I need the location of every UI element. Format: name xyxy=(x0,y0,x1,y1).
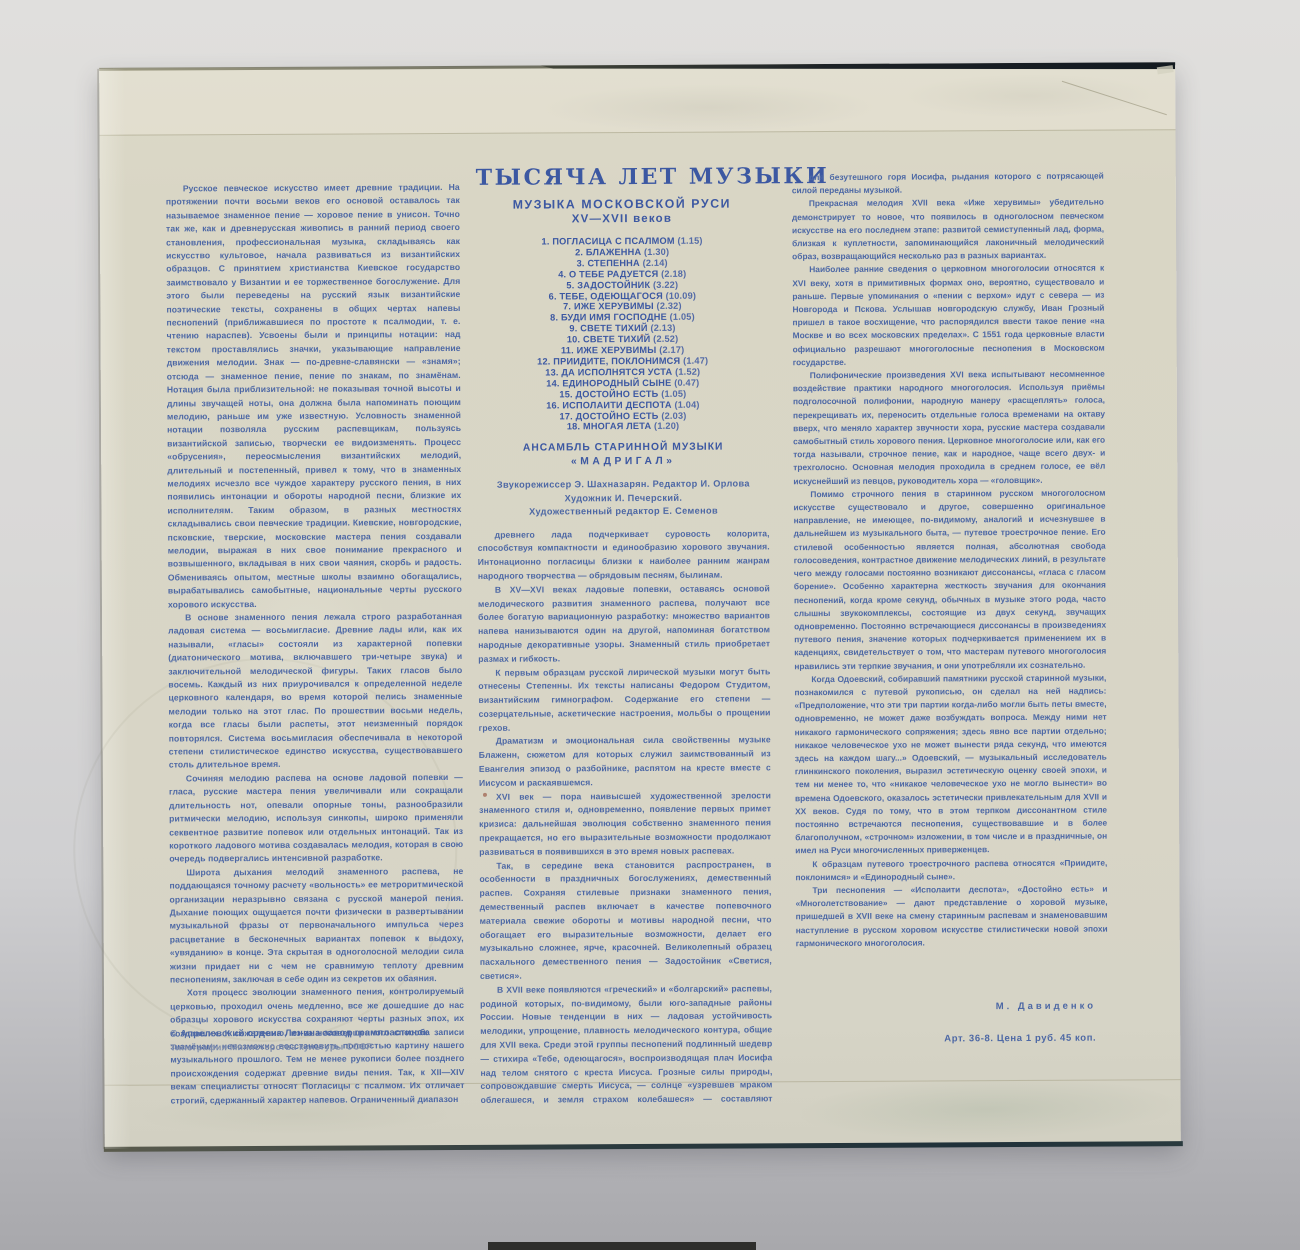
paragraph: древнего лада подчеркивает суровость кол… xyxy=(478,527,770,584)
track-number: 7. xyxy=(563,302,574,312)
catalog-number-price: Арт. 36-8. Цена 1 руб. 45 коп. xyxy=(796,1033,1096,1046)
track-number: 18. xyxy=(567,422,583,432)
track-duration: (1.05) xyxy=(661,388,686,398)
paragraph: Драматизм и эмоциональная сила свойствен… xyxy=(479,734,771,791)
track-number: 10. xyxy=(567,334,583,344)
credit-line: Художественный редактор Е. Семенов xyxy=(477,504,769,519)
track-number: 2. xyxy=(575,247,586,257)
track-title: ДОСТОЙНО ЕСТЬ xyxy=(575,389,661,399)
track-duration: (10.09) xyxy=(666,290,697,300)
ensemble-name-line2: «МАДРИГАЛ» xyxy=(477,456,769,469)
paragraph: Русское певческое искусство имеет древни… xyxy=(166,181,462,612)
track-duration: (1.04) xyxy=(674,399,699,409)
track-number: 6. xyxy=(549,291,560,301)
center-column: ТЫСЯЧА ЛЕТ МУЗЫКИ МУЗЫКА МОСКОВСКОЙ РУСИ… xyxy=(476,163,773,1106)
credit-line: Звукорежиссер Э. Шахназарян. Редактор И.… xyxy=(477,478,769,493)
track-number: 14. xyxy=(546,378,562,388)
liner-notes-author: М. Давиденко xyxy=(796,1001,1096,1014)
paragraph: В основе знаменного пения лежала строго … xyxy=(168,610,463,772)
track-title: СТЕПЕННА xyxy=(587,258,642,268)
sleeve-top-flap xyxy=(99,63,1175,136)
paragraph: Помимо строчного пения в старинном русск… xyxy=(793,486,1106,672)
track-duration: (1.05) xyxy=(670,312,695,322)
track-title: СВЕТЕ ТИХИЙ xyxy=(580,323,650,333)
paragraph: К первым образцам русской лирической муз… xyxy=(478,665,770,736)
right-text-column: для безутешного горя Иосифа, рыдания кот… xyxy=(792,170,1108,1004)
track-title: ИСПОЛАИТИ ДЕСПОТА xyxy=(562,399,674,410)
track-number: 16. xyxy=(546,400,562,410)
paragraph: Так, в середине века становится распрост… xyxy=(479,858,772,984)
track-number: 15. xyxy=(559,389,575,399)
credits-block: Звукорежиссер Э. Шахназарян. Редактор И.… xyxy=(477,478,769,520)
track-item: 18. МНОГАЯ ЛЕТА (1.20) xyxy=(477,421,769,433)
track-duration: (2.13) xyxy=(650,323,675,333)
track-title: СВЕТЕ ТИХИЙ xyxy=(583,334,653,344)
track-list: 1. ПОГЛАСИЦА С ПСАЛМОМ (1.15)2. БЛАЖЕННА… xyxy=(476,235,769,433)
paragraph: В XV—XVI веках ладовые попевки, оставаяс… xyxy=(478,582,770,666)
paragraph: Прекрасная мелодия XVII века «Иже херуви… xyxy=(792,196,1104,264)
track-duration: (2.03) xyxy=(661,410,686,420)
track-duration: (2.32) xyxy=(657,301,682,311)
track-number: 17. xyxy=(559,411,575,421)
track-number: 8. xyxy=(550,313,561,323)
paragraph: Широта дыхания мелодий знаменного распев… xyxy=(169,865,464,987)
track-duration: (0.47) xyxy=(674,377,699,387)
paragraph: XVI век — пора наивысшей художественной … xyxy=(479,789,771,860)
track-number: 1. xyxy=(541,236,552,246)
ensemble-name-line1: АНСАМБЛЬ СТАРИННОЙ МУЗЫКИ xyxy=(477,442,769,455)
album-title: ТЫСЯЧА ЛЕТ МУЗЫКИ xyxy=(476,163,768,191)
track-title: О ТЕБЕ РАДУЕТСЯ xyxy=(569,269,661,279)
track-title: ДОСТОЙНО ЕСТЬ xyxy=(576,410,662,420)
photo-background: Русское певческое искусство имеет древни… xyxy=(0,0,1300,1250)
sleeve-bottom-edge xyxy=(104,1141,1183,1152)
track-title: ПОГЛАСИЦА С ПСАЛМОМ xyxy=(552,236,677,247)
track-title: ИЖЕ ХЕРУВИМЫ xyxy=(577,345,660,355)
sleeve-spine-highlight xyxy=(99,69,131,1149)
track-duration: (1.47) xyxy=(683,356,708,366)
track-number: 11. xyxy=(561,345,577,355)
track-duration: (1.52) xyxy=(675,367,700,377)
track-title: ИЖЕ ХЕРУВИМЫ xyxy=(574,301,657,311)
paragraph: Когда Одоевский, собиравший памятники ру… xyxy=(794,671,1107,857)
greenish-stain xyxy=(794,1074,1181,1145)
track-number: 13. xyxy=(545,367,561,377)
paragraph: Сочиняя мелодию распева на основе ладово… xyxy=(169,771,463,866)
track-duration: (3.22) xyxy=(653,279,678,289)
paragraph: В XVII веке появляются «греческий» и «бо… xyxy=(480,982,773,1106)
track-title: МНОГАЯ ЛЕТА xyxy=(583,421,654,431)
track-title: ЗАДОСТОЙНИК xyxy=(577,280,653,290)
album-subtitle: МУЗЫКА МОСКОВСКОЙ РУСИ xyxy=(476,196,768,212)
record-edge-bottom xyxy=(488,1242,756,1250)
track-duration: (1.30) xyxy=(644,247,669,257)
track-duration: (1.15) xyxy=(677,236,702,246)
track-title: ПРИИДИТЕ, ПОКЛОНИМСЯ xyxy=(553,356,683,367)
track-duration: (2.17) xyxy=(659,345,684,355)
paragraph: Три песнопения — «Исполаити деспота», «Д… xyxy=(795,883,1107,951)
album-subtitle-period: XV—XVII веков xyxy=(476,212,768,226)
track-duration: (1.20) xyxy=(654,421,679,431)
paragraph: Полифонические произведения XVI века исп… xyxy=(793,368,1106,488)
track-duration: (2.18) xyxy=(661,268,686,278)
track-title: ЕДИНОРОДНЫЙ СЫНЕ xyxy=(562,378,674,389)
paragraph: К образцам путевого троестрочного распев… xyxy=(795,856,1107,884)
copyright-line: © Апрелевский ордена Ленина завод грампл… xyxy=(170,1027,510,1039)
paragraph: Наиболее ранние сведения о церковном мно… xyxy=(792,262,1105,369)
track-number: 3. xyxy=(577,258,588,268)
track-title: БУДИ ИМЯ ГОСПОДНЕ xyxy=(561,312,670,323)
left-text-column: Русское певческое искусство имеет древни… xyxy=(166,181,465,1133)
track-duration: (2.52) xyxy=(653,334,678,344)
track-title: ДА ИСПОЛНЯТСЯ УСТА xyxy=(561,367,675,378)
track-title: БЛАЖЕННА xyxy=(586,247,644,257)
track-title: ТЕБЕ, ОДЕЮЩАГОСЯ xyxy=(559,290,665,301)
center-text-column: древнего лада подчеркивает суровость кол… xyxy=(478,527,773,1107)
record-sleeve-back: Русское певческое искусство имеет древни… xyxy=(99,63,1181,1149)
track-number: 5. xyxy=(566,280,577,290)
copyright-block: © Апрелевский ордена Ленина завод грампл… xyxy=(170,1027,510,1053)
track-number: 12. xyxy=(537,356,553,366)
paragraph: для безутешного горя Иосифа, рыдания кот… xyxy=(792,170,1104,198)
track-duration: (2.14) xyxy=(643,258,668,268)
track-number: 9. xyxy=(569,324,580,334)
track-number: 4. xyxy=(558,269,569,279)
printer-line: Типография Министерства культуры СССР xyxy=(170,1041,510,1053)
